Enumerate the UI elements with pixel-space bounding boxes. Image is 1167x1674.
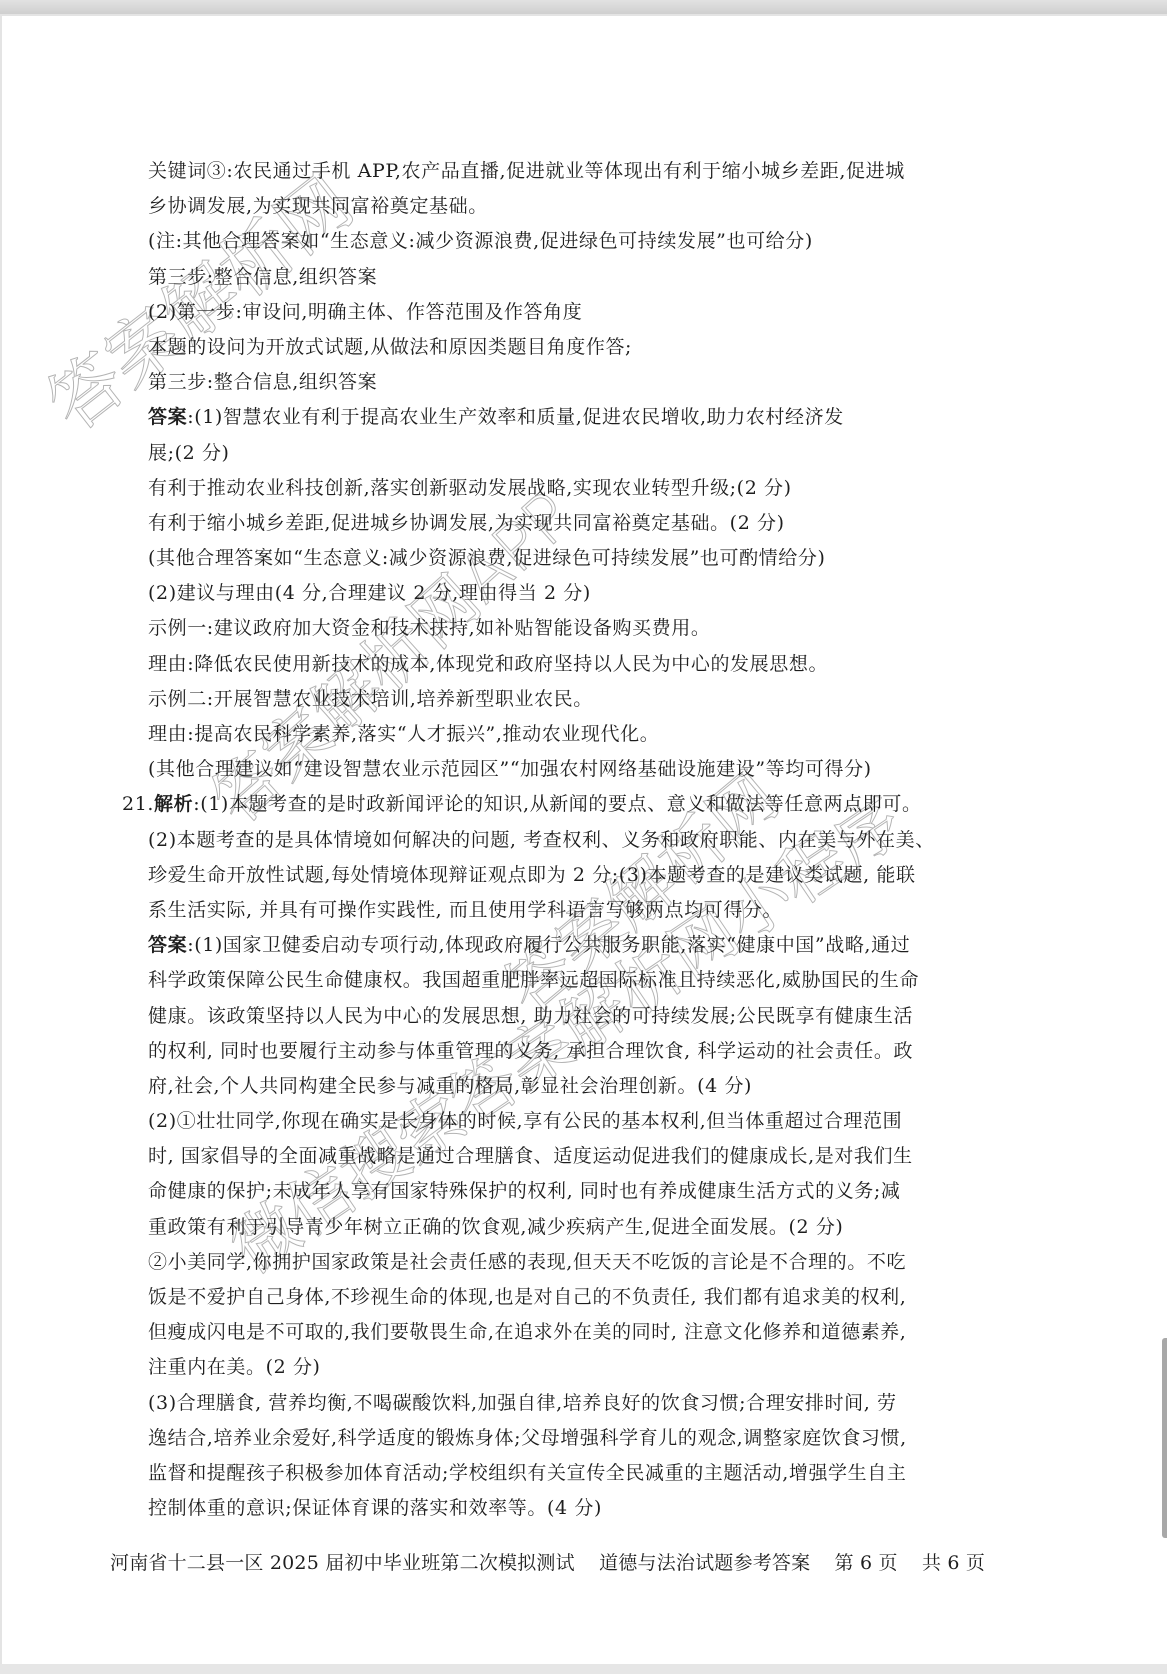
line-text: (2)本题考查的是具体情境如何解决的问题, 考查权利、义务和政府职能、内在美与外…: [148, 829, 935, 851]
text-line: 第三步:整合信息,组织答案: [148, 365, 1068, 400]
line-text: (2)第一步:审设问,明确主体、作答范围及作答角度: [148, 301, 582, 323]
footer-exam-title: 河南省十二县一区 2025 届初中毕业班第二次模拟测试: [110, 1552, 575, 1574]
text-line: (注:其他合理答案如“生态意义:减少资源浪费,促进绿色可持续发展”也可给分): [148, 224, 1068, 259]
section-label: 解析: [154, 793, 193, 815]
text-line: (2)建议与理由(4 分,合理建议 2 分,理由得当 2 分): [148, 576, 1068, 611]
line-text: 监督和提醒孩子积极参加体育活动;学校组织有关宣传全民减重的主题活动,增强学生自主: [148, 1462, 906, 1484]
line-text: 府,社会,个人共同构建全民参与减重的格局,彰显社会治理创新。(4 分): [148, 1075, 752, 1097]
text-line: 命健康的保护;未成年人享有国家特殊保护的权利, 同时也有养成健康生活方式的义务;…: [148, 1174, 1068, 1209]
text-line: 的权利, 同时也要履行主动参与体重管理的义务, 承担合理饮食, 科学运动的社会责…: [148, 1034, 1068, 1069]
text-line: 饭是不爱护自己身体,不珍视生命的体现,也是对自己的不负责任, 我们都有追求美的权…: [148, 1280, 1068, 1315]
text-line: 健康。该政策坚持以人民为中心的发展思想, 助力社会的可持续发展;公民既享有健康生…: [148, 999, 1068, 1034]
line-text: 示例二:开展智慧农业技术培训,培养新型职业农民。: [148, 688, 593, 710]
text-line: 系生活实际, 并具有可操作实践性, 而且使用学科语言写够两点均可得分。: [148, 893, 1068, 928]
line-text: 理由:降低农民使用新技术的成本,体现党和政府坚持以人民为中心的发展思想。: [148, 653, 828, 675]
section-label: 答案: [148, 406, 187, 428]
line-text: 注重内在美。(2 分): [148, 1356, 321, 1378]
line-text: ②小美同学,你拥护国家政策是社会责任感的表现,但天天不吃饭的言论是不合理的。不吃: [148, 1251, 906, 1273]
line-text: 示例一:建议政府加大资金和技术扶持,如补贴智能设备购买费用。: [148, 617, 710, 639]
line-text: 但瘦成闪电是不可取的,我们要敬畏生命,在追求外在美的同时, 注意文化修养和道德素…: [148, 1321, 906, 1343]
text-line: 第三步:整合信息,组织答案: [148, 260, 1068, 295]
line-text: (其他合理建议如“建设智慧农业示范园区”“加强农村网络基础设施建设”等均可得分): [148, 758, 872, 780]
line-text: 时, 国家倡导的全面减重战略是通过合理膳食、适度运动促进我们的健康成长,是对我们…: [148, 1145, 913, 1167]
text-line: 逸结合,培养业余爱好,科学适度的锻炼身体;父母增强科学育儿的观念,调整家庭饮食习…: [148, 1421, 1068, 1456]
viewer-bottom-bar: [0, 1664, 1167, 1674]
text-line: ②小美同学,你拥护国家政策是社会责任感的表现,但天天不吃饭的言论是不合理的。不吃: [148, 1245, 1068, 1280]
line-text: 展;(2 分): [148, 442, 230, 464]
text-line: 重政策有利于引导青少年树立正确的饮食观,减少疾病产生,促进全面发展。(2 分): [148, 1210, 1068, 1245]
line-text: 有利于推动农业科技创新,落实创新驱动发展战略,实现农业转型升级;(2 分): [148, 477, 792, 499]
line-text: 饭是不爱护自己身体,不珍视生命的体现,也是对自己的不负责任, 我们都有追求美的权…: [148, 1286, 906, 1308]
text-line: 示例一:建议政府加大资金和技术扶持,如补贴智能设备购买费用。: [148, 611, 1068, 646]
text-line: (2)本题考查的是具体情境如何解决的问题, 考查权利、义务和政府职能、内在美与外…: [148, 823, 1068, 858]
text-line: 理由:降低农民使用新技术的成本,体现党和政府坚持以人民为中心的发展思想。: [148, 647, 1068, 682]
line-text: 理由:提高农民科学素养,落实“人才振兴”,推动农业现代化。: [148, 723, 659, 745]
line-text: 乡协调发展,为实现共同富裕奠定基础。: [148, 195, 488, 217]
line-text: (3)合理膳食, 营养均衡,不喝碳酸饮料,加强自律,培养良好的饮食习惯;合理安排…: [148, 1392, 897, 1414]
viewer-top-bar: [0, 0, 1167, 14]
text-line: 有利于缩小城乡差距,促进城乡协调发展,为实现共同富裕奠定基础。(2 分): [148, 506, 1068, 541]
line-text: 系生活实际, 并具有可操作实践性, 而且使用学科语言写够两点均可得分。: [148, 899, 782, 921]
text-line: (其他合理答案如“生态意义:减少资源浪费,促进绿色可持续发展”也可酌情给分): [148, 541, 1068, 576]
line-text: 第三步:整合信息,组织答案: [148, 371, 377, 393]
line-text: 的权利, 同时也要履行主动参与体重管理的义务, 承担合理饮食, 科学运动的社会责…: [148, 1040, 913, 1062]
text-line: 但瘦成闪电是不可取的,我们要敬畏生命,在追求外在美的同时, 注意文化修养和道德素…: [148, 1315, 1068, 1350]
vertical-scrollbar[interactable]: [1162, 1338, 1167, 1538]
text-line: 监督和提醒孩子积极参加体育活动;学校组织有关宣传全民减重的主题活动,增强学生自主: [148, 1456, 1068, 1491]
line-text: :(1)国家卫健委启动专项行动,体现政府履行公共服务职能,落实“健康中国”战略,…: [187, 934, 910, 956]
text-line: 答案:(1)国家卫健委启动专项行动,体现政府履行公共服务职能,落实“健康中国”战…: [148, 928, 1068, 963]
text-line: 注重内在美。(2 分): [148, 1350, 1068, 1385]
document-page: 关键词③:农民通过手机 APP,农产品直播,促进就业等体现出有利于缩小城乡差距,…: [2, 16, 1167, 1664]
text-line: (3)合理膳食, 营养均衡,不喝碳酸饮料,加强自律,培养良好的饮食习惯;合理安排…: [148, 1386, 1068, 1421]
line-text: (2)①壮壮同学,你现在确实是长身体的时候,享有公民的基本权利,但当体重超过合理…: [148, 1110, 902, 1132]
line-text: (2)建议与理由(4 分,合理建议 2 分,理由得当 2 分): [148, 582, 591, 604]
text-line: 府,社会,个人共同构建全民参与减重的格局,彰显社会治理创新。(4 分): [148, 1069, 1068, 1104]
text-line: 珍爱生命开放性试题,每处情境体现辩证观点即为 2 分;(3)本题考查的是建议类试…: [148, 858, 1068, 893]
line-text: :(1)智慧农业有利于提高农业生产效率和质量,促进农民增收,助力农村经济发: [187, 406, 844, 428]
answer-content: 关键词③:农民通过手机 APP,农产品直播,促进就业等体现出有利于缩小城乡差距,…: [148, 154, 1068, 1526]
text-line: 展;(2 分): [148, 436, 1068, 471]
text-line: 本题的设问为开放式试题,从做法和原因类题目角度作答;: [148, 330, 1068, 365]
text-line: 答案:(1)智慧农业有利于提高农业生产效率和质量,促进农民增收,助力农村经济发: [148, 400, 1068, 435]
line-text: 命健康的保护;未成年人享有国家特殊保护的权利, 同时也有养成健康生活方式的义务;…: [148, 1180, 900, 1202]
text-line: (2)①壮壮同学,你现在确实是长身体的时候,享有公民的基本权利,但当体重超过合理…: [148, 1104, 1068, 1139]
section-label: 答案: [148, 934, 187, 956]
line-text: 第三步:整合信息,组织答案: [148, 266, 377, 288]
line-text: 重政策有利于引导青少年树立正确的饮食观,减少疾病产生,促进全面发展。(2 分): [148, 1216, 843, 1238]
page-footer: 河南省十二县一区 2025 届初中毕业班第二次模拟测试 道德与法治试题参考答案 …: [110, 1548, 1003, 1575]
line-text: 控制体重的意识;保证体育课的落实和效率等。(4 分): [148, 1497, 602, 1519]
line-text: (注:其他合理答案如“生态意义:减少资源浪费,促进绿色可持续发展”也可给分): [148, 230, 813, 252]
line-text: 有利于缩小城乡差距,促进城乡协调发展,为实现共同富裕奠定基础。(2 分): [148, 512, 785, 534]
text-line: 示例二:开展智慧农业技术培训,培养新型职业农民。: [148, 682, 1068, 717]
footer-total-pages: 共 6 页: [922, 1552, 985, 1574]
text-line: (2)第一步:审设问,明确主体、作答范围及作答角度: [148, 295, 1068, 330]
text-line: 关键词③:农民通过手机 APP,农产品直播,促进就业等体现出有利于缩小城乡差距,…: [148, 154, 1068, 189]
text-line: 乡协调发展,为实现共同富裕奠定基础。: [148, 189, 1068, 224]
line-text: 健康。该政策坚持以人民为中心的发展思想, 助力社会的可持续发展;公民既享有健康生…: [148, 1005, 913, 1027]
line-text: (其他合理答案如“生态意义:减少资源浪费,促进绿色可持续发展”也可酌情给分): [148, 547, 826, 569]
line-text: 珍爱生命开放性试题,每处情境体现辩证观点即为 2 分;(3)本题考查的是建议类试…: [148, 864, 916, 886]
line-text: 关键词③:农民通过手机 APP,农产品直播,促进就业等体现出有利于缩小城乡差距,…: [148, 160, 905, 182]
text-line: 理由:提高农民科学素养,落实“人才振兴”,推动农业现代化。: [148, 717, 1068, 752]
text-line: (其他合理建议如“建设智慧农业示范园区”“加强农村网络基础设施建设”等均可得分): [148, 752, 1068, 787]
footer-subject: 道德与法治试题参考答案: [599, 1552, 810, 1574]
line-text: :(1)本题考查的是时政新闻评论的知识,从新闻的要点、意义和做法等任意两点即可。: [193, 793, 921, 815]
text-line: 有利于推动农业科技创新,落实创新驱动发展战略,实现农业转型升级;(2 分): [148, 471, 1068, 506]
line-text: 本题的设问为开放式试题,从做法和原因类题目角度作答;: [148, 336, 632, 358]
line-text: 科学政策保障公民生命健康权。我国超重肥胖率远超国际标准且持续恶化,威胁国民的生命: [148, 969, 919, 991]
footer-page-number: 第 6 页: [835, 1552, 898, 1574]
text-line: 时, 国家倡导的全面减重战略是通过合理膳食、适度运动促进我们的健康成长,是对我们…: [148, 1139, 1068, 1174]
question-number: 21.: [122, 793, 154, 815]
text-line: 控制体重的意识;保证体育课的落实和效率等。(4 分): [148, 1491, 1068, 1526]
line-text: 逸结合,培养业余爱好,科学适度的锻炼身体;父母增强科学育儿的观念,调整家庭饮食习…: [148, 1427, 907, 1449]
text-line: 21.解析:(1)本题考查的是时政新闻评论的知识,从新闻的要点、意义和做法等任意…: [122, 787, 1068, 822]
text-line: 科学政策保障公民生命健康权。我国超重肥胖率远超国际标准且持续恶化,威胁国民的生命: [148, 963, 1068, 998]
